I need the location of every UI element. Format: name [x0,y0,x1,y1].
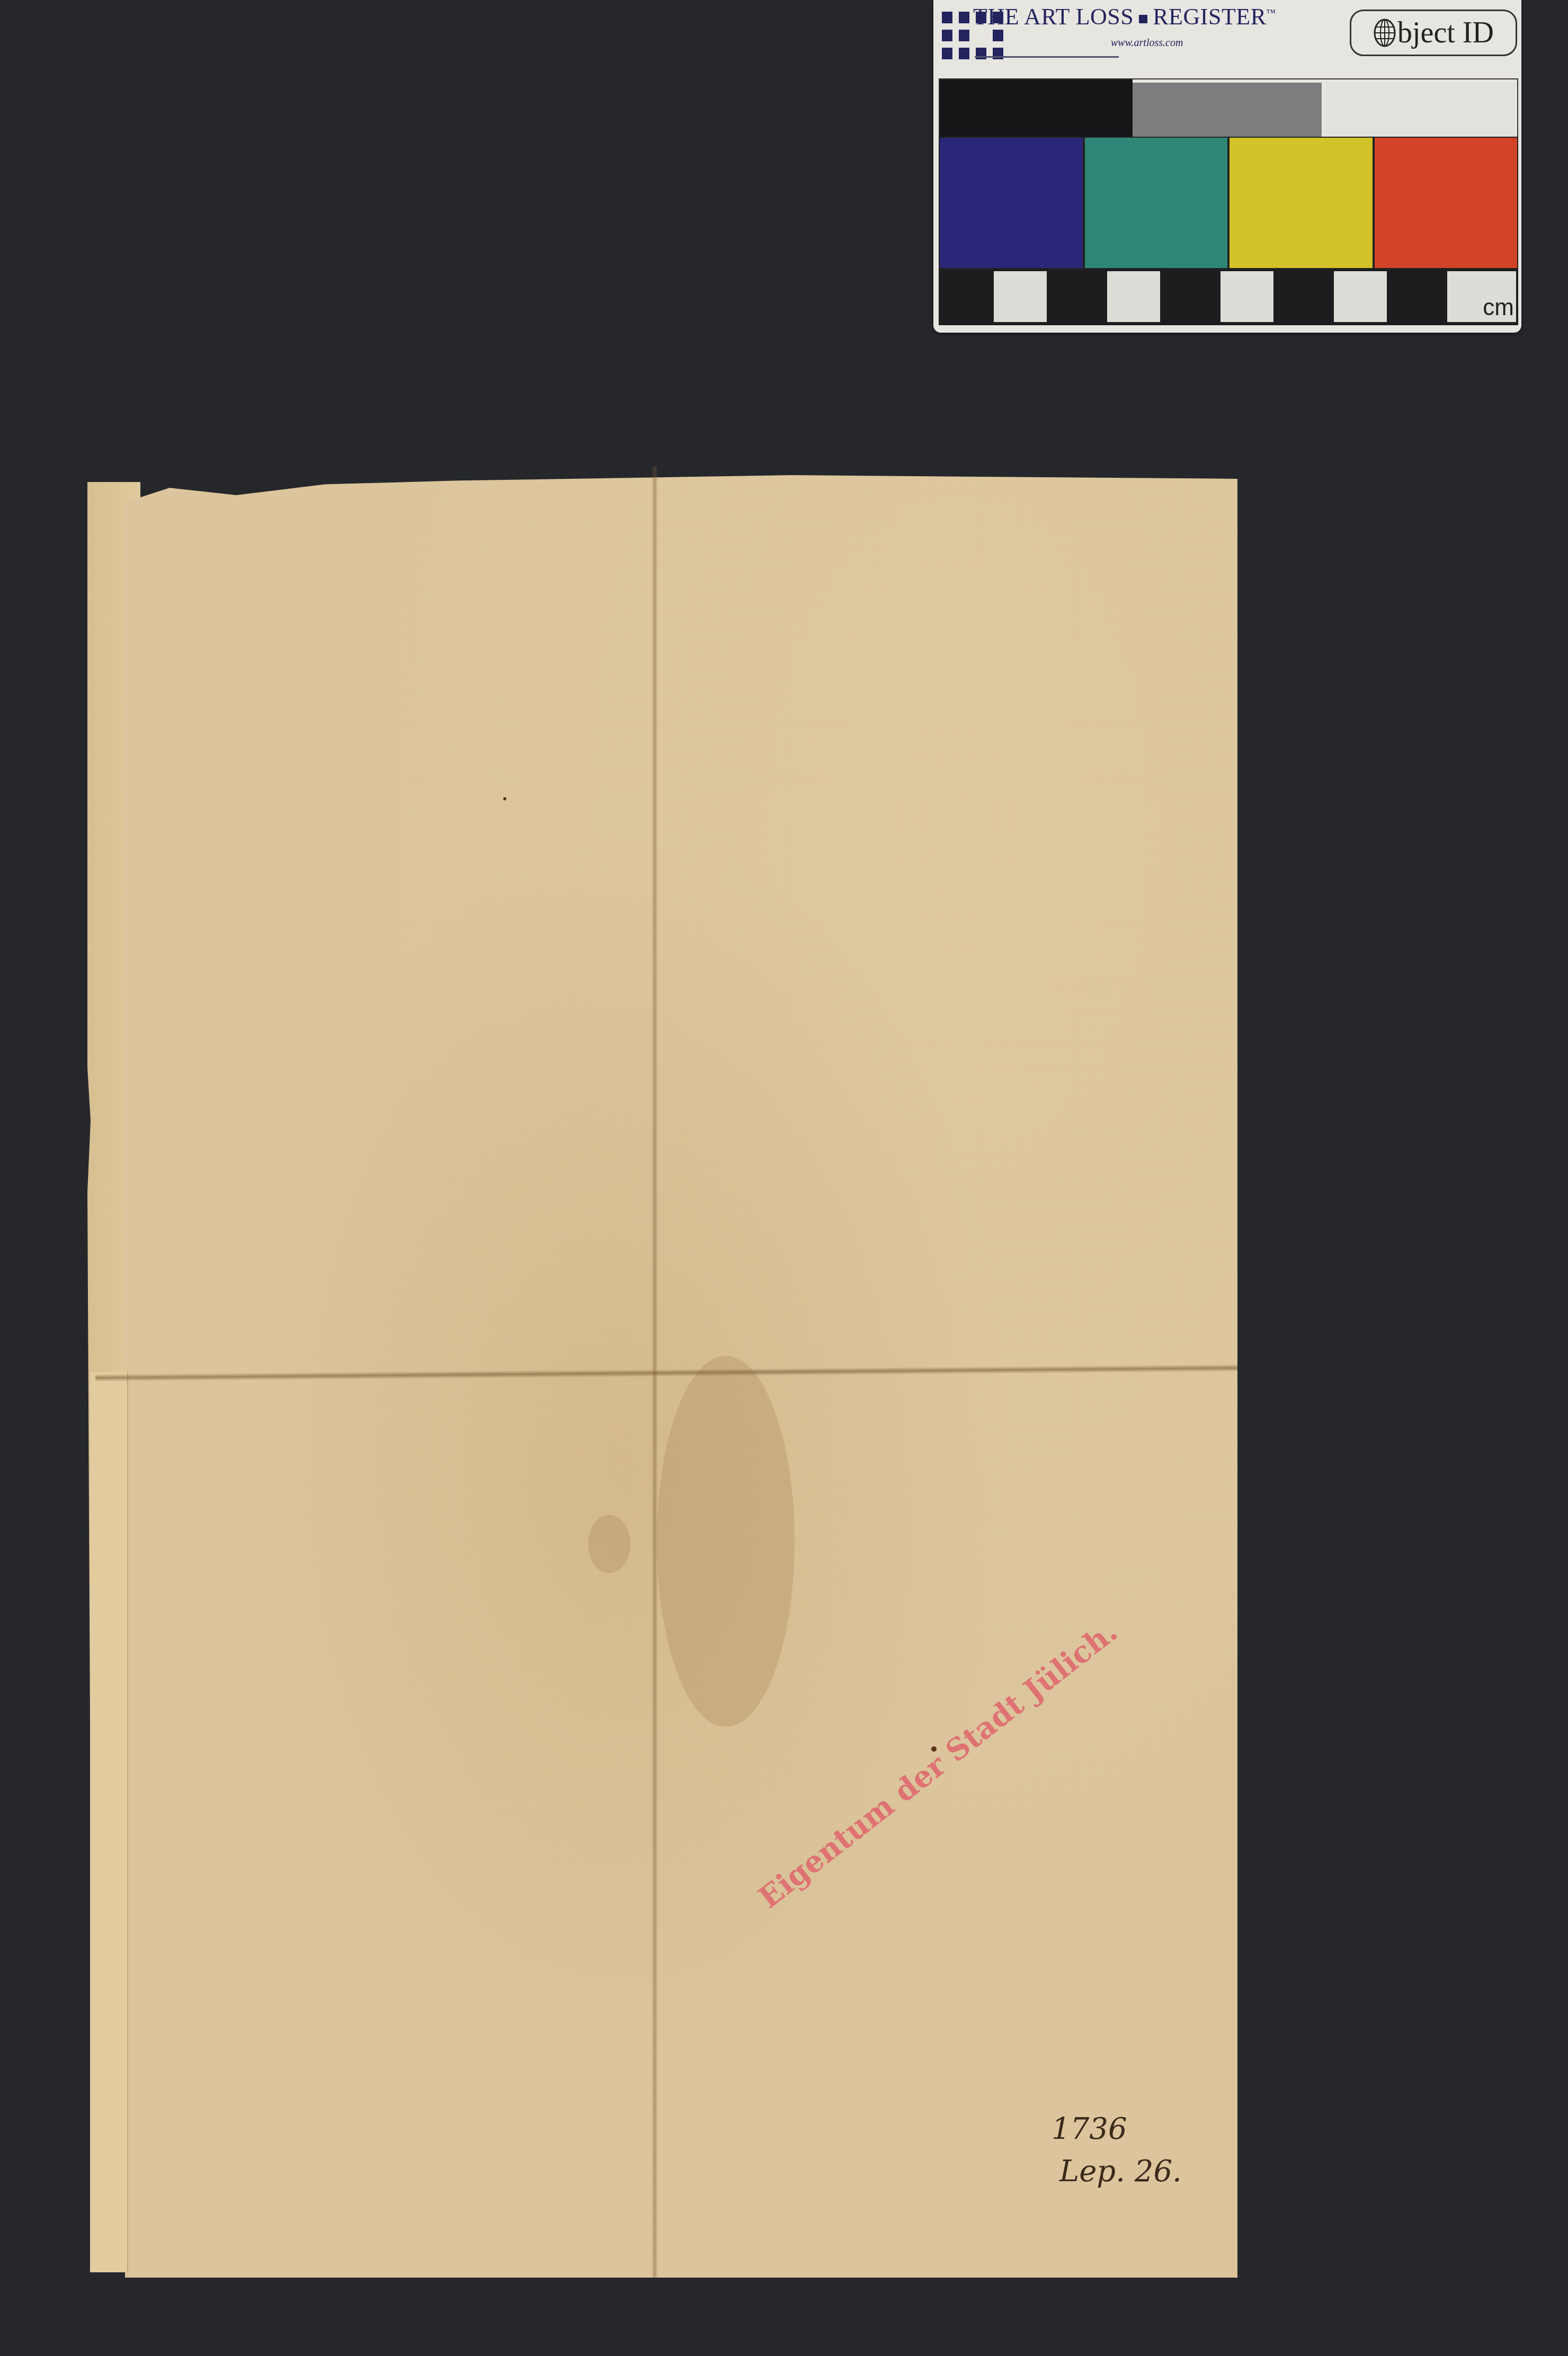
handwritten-year: 1736 [1052,2111,1127,2148]
object-id-text: bject ID [1397,16,1494,50]
grayscale-strip [939,78,1518,138]
swatch-red [1375,138,1518,268]
brand-underline [975,56,1119,58]
swatch-blue [940,138,1083,268]
gray-patch-white [1326,83,1515,140]
globe-icon [1373,17,1396,48]
object-id-badge: bject ID [1350,10,1517,56]
swatch-green [1085,138,1228,268]
stain [657,1356,795,1727]
cm-ruler: cm [939,269,1518,325]
brand-url: www.artloss.com [1111,37,1183,49]
handwritten-reference: Lep. 26. [1059,2153,1182,2190]
ruler-unit-label: cm [1483,294,1514,321]
color-calibration-card: THE ART LOSSREGISTER™ www.artloss.com bj… [933,0,1521,333]
ink-spot [503,797,506,800]
folded-flap-edge [90,1372,128,2272]
brand-text-1: THE ART LOSS [973,4,1134,30]
brand-text-2: REGISTER [1153,4,1266,30]
gray-patch-mid [1133,83,1322,140]
stain [588,1515,630,1573]
brand-separator [1139,15,1147,23]
gray-patch-black [940,79,1133,137]
swatch-yellow [1230,138,1373,268]
trademark: ™ [1267,7,1276,18]
brand-name: THE ART LOSSREGISTER™ [973,3,1276,30]
color-swatches [939,137,1518,270]
